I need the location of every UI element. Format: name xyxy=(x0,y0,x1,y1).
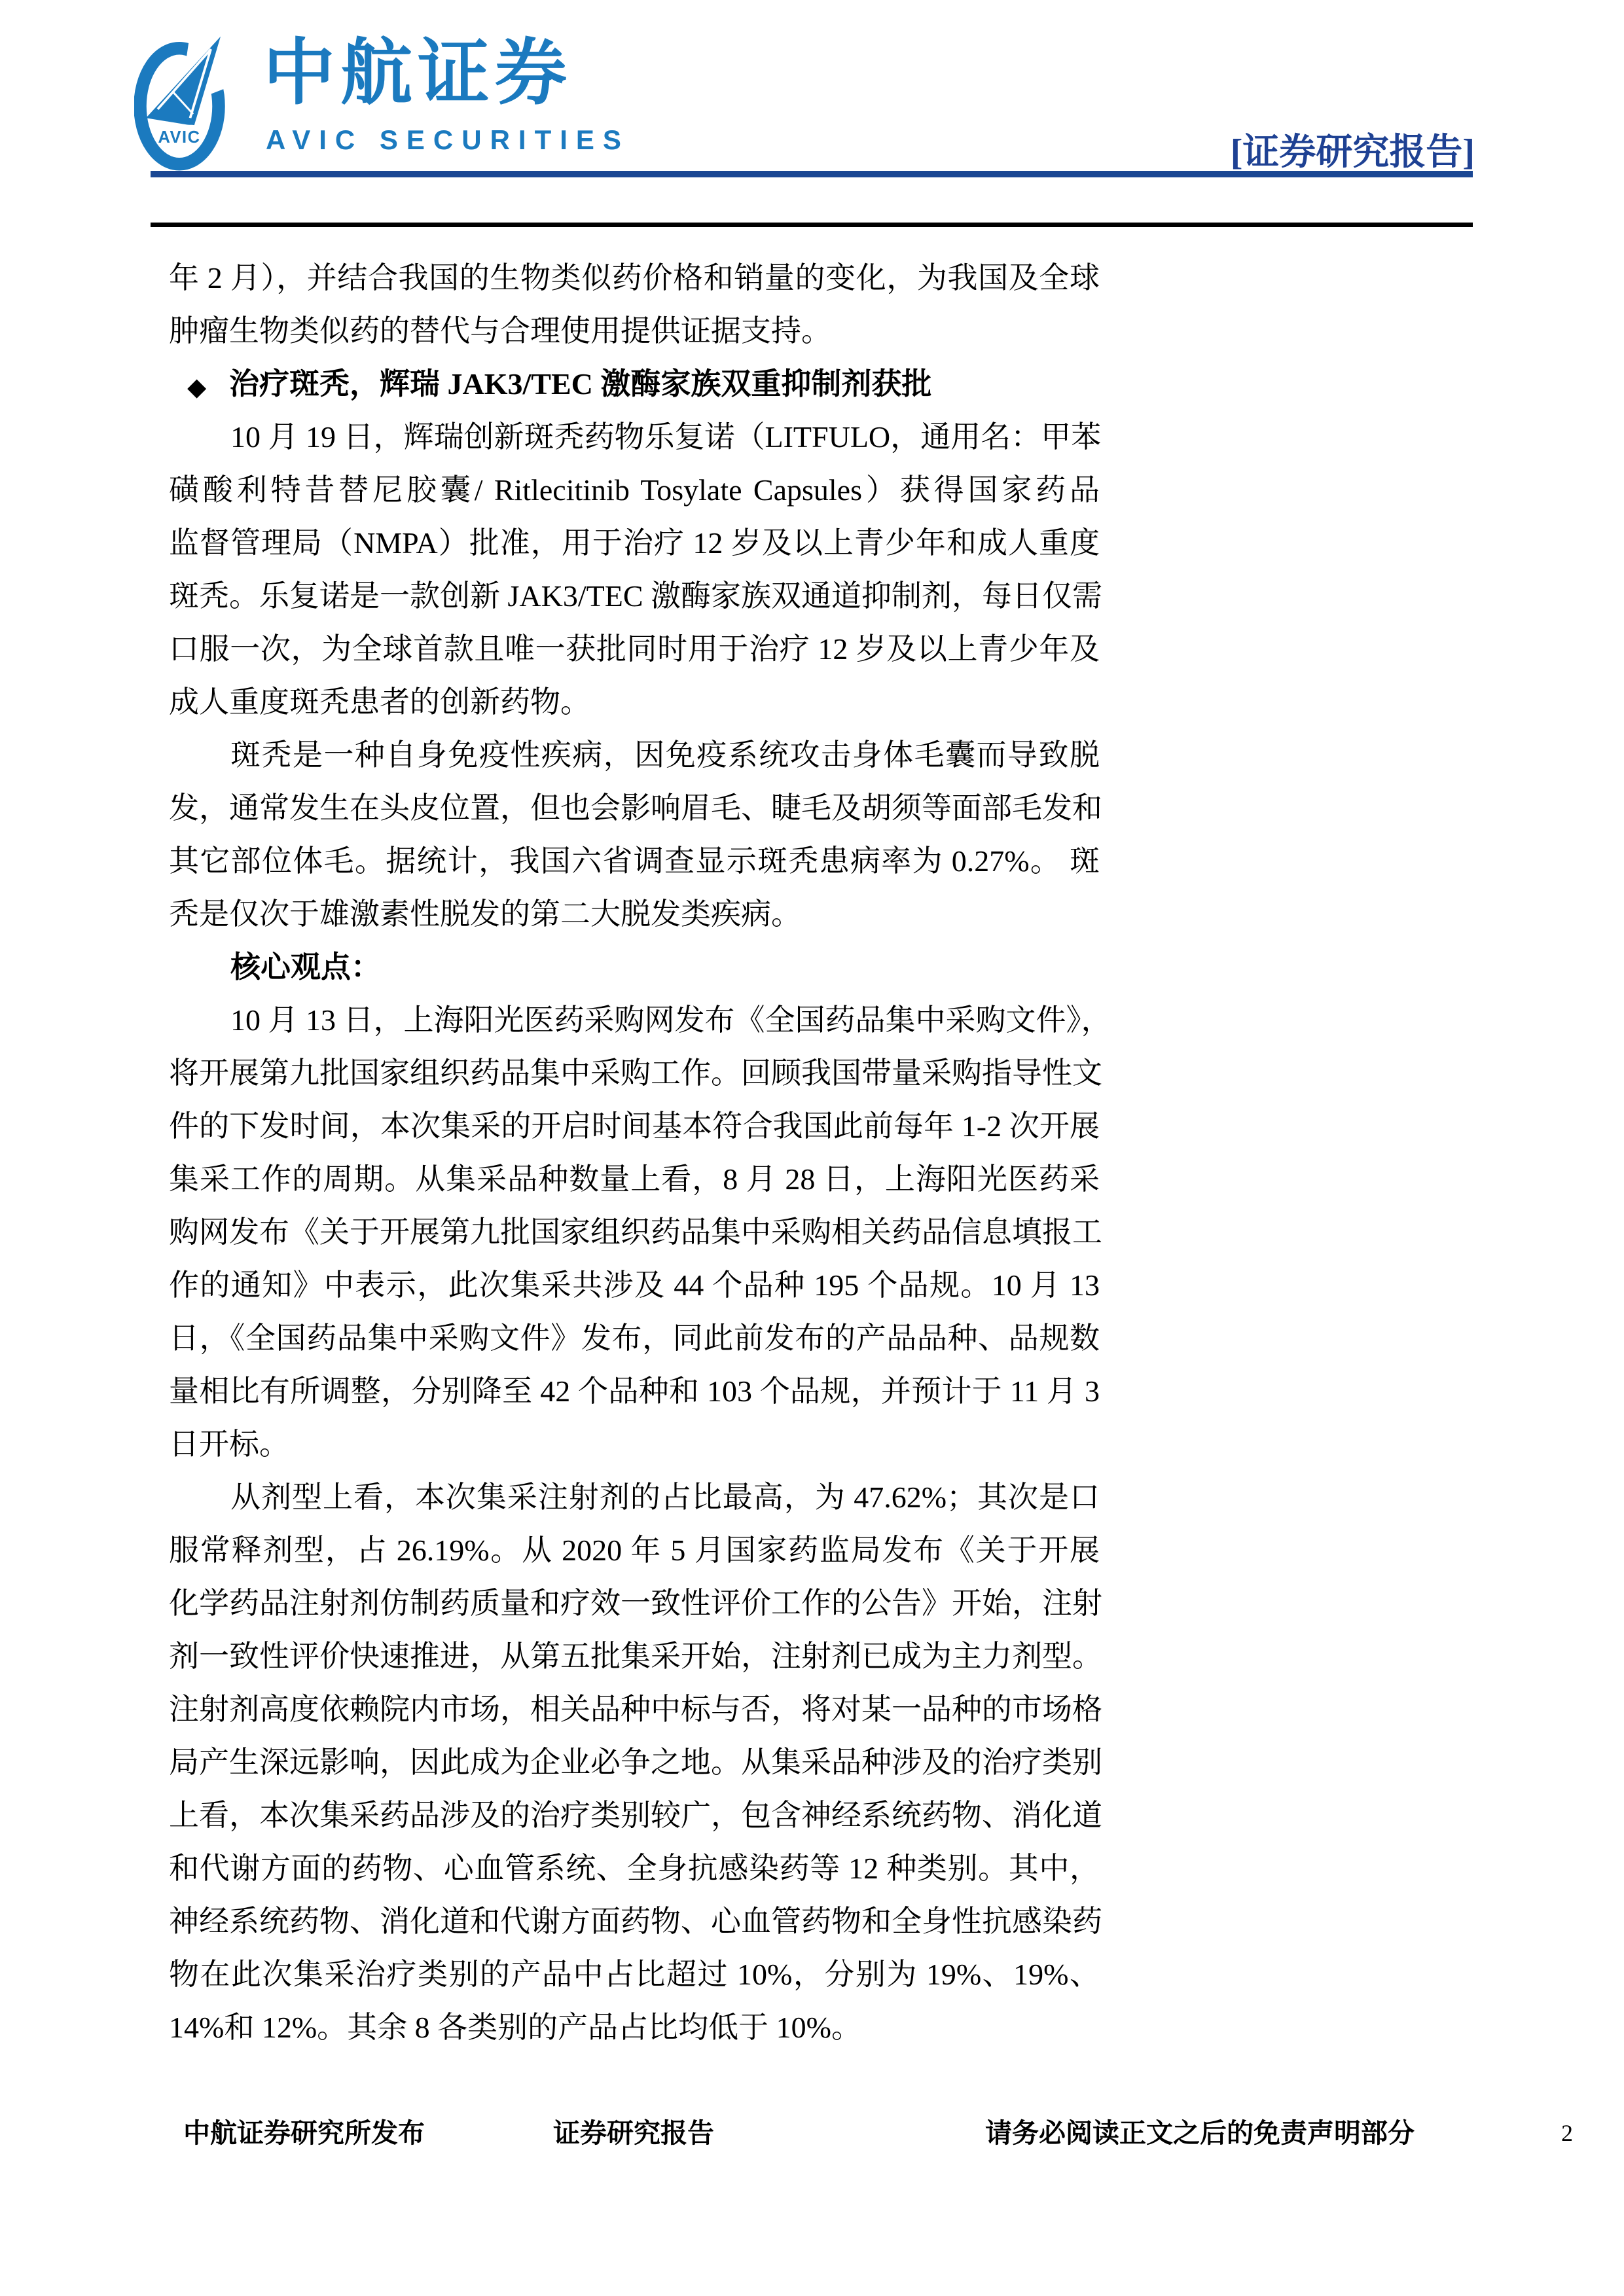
svg-text:AVIC: AVIC xyxy=(158,128,200,147)
avic-logo-icon: AVIC xyxy=(134,31,232,172)
body-line-28: 注射剂高度依赖院内市场，相关品种中标与否，将对某一品种的市场格 xyxy=(169,1683,1100,1736)
body-line-8: 口服一次，为全球首款且唯一获批同时用于治疗 12 岁及以上青少年及 xyxy=(169,622,1100,675)
body-line-29: 局产生深远影响，因此成为企业必争之地。从集采品种涉及的治疗类别 xyxy=(169,1736,1100,1789)
header-divider-blue xyxy=(151,171,1473,177)
body-line-32: 神经系统药物、消化道和代谢方面药物、心血管药物和全身性抗感染药 xyxy=(169,1895,1100,1948)
body-line-1: 年 2 月），并结合我国的生物类似药价格和销量的变化，为我国及全球 xyxy=(169,251,1100,304)
body-line-21: 日，《全国药品集中采购文件》发布，同此前发布的产品品种、品规数 xyxy=(169,1312,1100,1365)
report-page: AVIC 中航证券 AVIC SECURITIES [证券研究报告] 年 2 月… xyxy=(0,0,1624,2296)
page-number: 2 xyxy=(1561,2119,1573,2147)
body-line-4: 10 月 19 日，辉瑞创新斑秃药物乐复诺（LITFULO，通用名：甲苯 xyxy=(169,410,1100,463)
body-line-27: 剂一致性评价快速推进，从第五批集采开始，注射剂已成为主力剂型。 xyxy=(169,1630,1100,1683)
brand-name-en: AVIC SECURITIES xyxy=(266,124,630,156)
body-line-18: 集采工作的周期。从集采品种数量上看，8 月 28 日，上海阳光医药采 xyxy=(169,1153,1100,1206)
body-line-23: 日开标。 xyxy=(169,1418,1100,1471)
body-line-33: 物在此次集采治疗类别的产品中占比超过 10%，分别为 19%、19%、 xyxy=(169,1948,1100,2001)
report-tag: [证券研究报告] xyxy=(1231,123,1475,175)
body-line-13: 秃是仅次于雄激素性脱发的第二大脱发类疾病。 xyxy=(169,888,1100,941)
body-line-17: 件的下发时间，本次集采的开启时间基本符合我国此前每年 1-2 次开展 xyxy=(169,1100,1100,1153)
body-line-5: 磺酸利特昔替尼胶囊/ Ritlecitinib Tosylate Capsule… xyxy=(169,463,1100,516)
body-line-24: 从剂型上看，本次集采注射剂的占比最高，为 47.62%；其次是口 xyxy=(169,1471,1100,1524)
body-line-14: 核心观点： xyxy=(169,941,1100,994)
brand-name-cn: 中航证券 xyxy=(263,34,572,113)
body-line-6: 监督管理局（NMPA）批准，用于治疗 12 岁及以上青少年和成人重度 xyxy=(169,516,1100,569)
body-line-9: 成人重度斑秃患者的创新药物。 xyxy=(169,675,1100,728)
body-line-15: 10 月 13 日，上海阳光医药采购网发布《全国药品集中采购文件》， xyxy=(169,994,1100,1047)
diamond-bullet-icon: ◆ xyxy=(187,361,229,414)
footer-report-type: 证券研究报告 xyxy=(553,2111,714,2150)
body-line-16: 将开展第九批国家组织药品集中采购工作。回顾我国带量采购指导性文 xyxy=(169,1047,1100,1100)
report-body: 年 2 月），并结合我国的生物类似药价格和销量的变化，为我国及全球肿瘤生物类似药… xyxy=(169,251,1100,2054)
heading-text: 治疗斑秃，辉瑞 JAK3/TEC 激酶家族双重抑制剂获批 xyxy=(229,367,931,401)
body-line-2: 肿瘤生物类似药的替代与合理使用提供证据支持。 xyxy=(169,304,1100,357)
body-line-26: 化学药品注射剂仿制药质量和疗效一致性评价工作的公告》开始，注射 xyxy=(169,1577,1100,1630)
footer-disclaimer: 请务必阅读正文之后的免责声明部分 xyxy=(985,2111,1415,2150)
body-line-19: 购网发布《关于开展第九批国家组织药品集中采购相关药品信息填报工 xyxy=(169,1206,1100,1259)
body-line-25: 服常释剂型，占 26.19%。从 2020 年 5 月国家药监局发布《关于开展 xyxy=(169,1524,1100,1577)
body-line-20: 作的通知》中表示，此次集采共涉及 44 个品种 195 个品规。10 月 13 xyxy=(169,1259,1100,1312)
body-line-22: 量相比有所调整，分别降至 42 个品种和 103 个品规，并预计于 11 月 3 xyxy=(169,1365,1100,1418)
footer-publisher: 中航证券研究所发布 xyxy=(183,2111,425,2150)
body-line-10: 斑秃是一种自身免疫性疾病，因免疫系统攻击身体毛囊而导致脱 xyxy=(169,728,1100,781)
content-divider-black xyxy=(151,223,1473,227)
body-line-7: 斑秃。乐复诺是一款创新 JAK3/TEC 激酶家族双通道抑制剂，每日仅需 xyxy=(169,569,1100,622)
body-line-11: 发，通常发生在头皮位置，但也会影响眉毛、睫毛及胡须等面部毛发和 xyxy=(169,781,1100,834)
body-line-31: 和代谢方面的药物、心血管系统、全身抗感染药等 12 种类别。其中， xyxy=(169,1842,1100,1895)
body-line-30: 上看，本次集采药品涉及的治疗类别较广，包含神经系统药物、消化道 xyxy=(169,1789,1100,1842)
section-heading: ◆治疗斑秃，辉瑞 JAK3/TEC 激酶家族双重抑制剂获批 xyxy=(169,357,1100,410)
body-line-12: 其它部位体毛。据统计，我国六省调查显示斑秃患病率为 0.27%。 斑 xyxy=(169,834,1100,888)
body-line-34: 14%和 12%。其余 8 各类别的产品占比均低于 10%。 xyxy=(169,2001,1100,2054)
